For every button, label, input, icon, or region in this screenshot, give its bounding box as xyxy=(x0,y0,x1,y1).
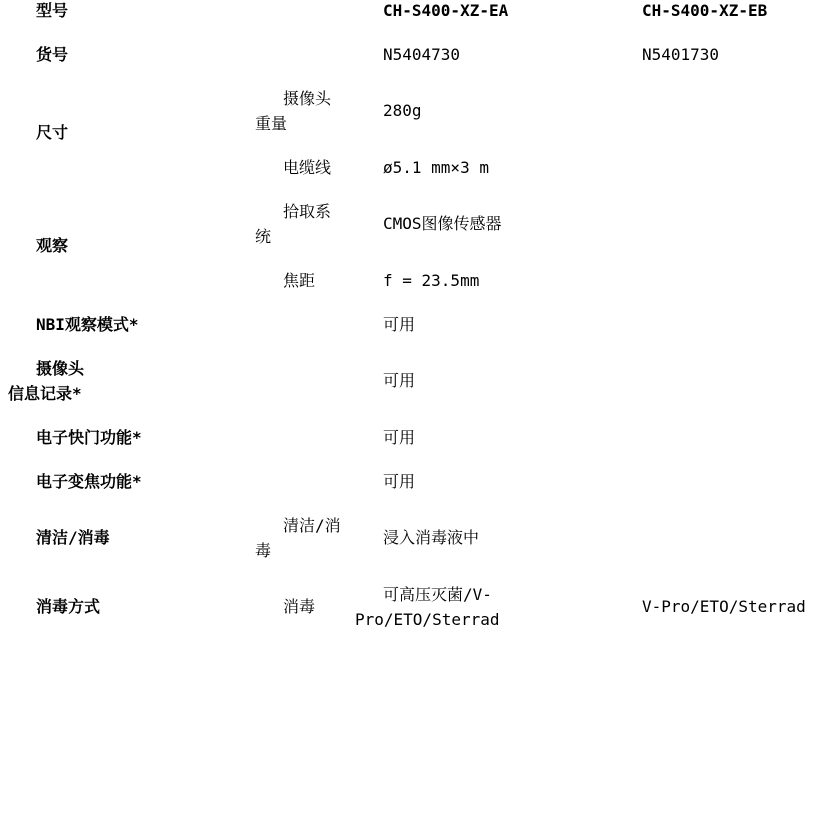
cell-empty xyxy=(253,0,355,32)
cell-weight-sublabel: 摄像头 重量 xyxy=(253,76,355,145)
row-header-label: 电子快门功能* xyxy=(8,425,253,450)
sub-label-line: 重量 xyxy=(255,111,355,136)
cell-item-number-label: 货号 xyxy=(0,32,253,76)
table-row-cleaning: 清洁/消毒 清洁/消 毒 浸入消毒液中 xyxy=(0,503,828,572)
model-ea-value: CH-S400-XZ-EA xyxy=(355,0,614,23)
table-row-sterilization: 消毒方式 消毒 可高压灭菌/V- Pro/ETO/Sterrad V-Pro/E… xyxy=(0,572,828,641)
spec-sheet: 型号 CH-S400-XZ-EA CH-S400-XZ-EB 货号 N54047… xyxy=(0,0,828,828)
sub-label-line: 清洁/消 xyxy=(255,513,355,538)
cable-ea-value: ø5.1 mm×3 m xyxy=(355,155,614,180)
cell-cleaning-sublabel: 清洁/消 毒 xyxy=(253,503,355,572)
cell-empty xyxy=(253,302,355,346)
cell-zoom-label: 电子变焦功能* xyxy=(0,459,253,503)
weight-ea-value: 280g xyxy=(355,98,614,123)
sub-label-line: 摄像头 xyxy=(255,86,355,111)
cell-empty xyxy=(614,415,828,459)
model-eb-value: CH-S400-XZ-EB xyxy=(614,0,828,23)
focal-ea-value: f = 23.5mm xyxy=(355,268,614,293)
cell-empty xyxy=(253,459,355,503)
table-row-weight: 尺寸 摄像头 重量 280g xyxy=(0,76,828,145)
row-header-line: 信息记录* xyxy=(8,381,253,406)
cell-focal-sublabel: 焦距 xyxy=(253,258,355,302)
cell-cable-sublabel: 电缆线 xyxy=(253,145,355,189)
table-row-model: 型号 CH-S400-XZ-EA CH-S400-XZ-EB xyxy=(0,0,828,32)
cell-model-ea: CH-S400-XZ-EA xyxy=(355,0,614,32)
table-row-item-number: 货号 N5404730 N5401730 xyxy=(0,32,828,76)
nbi-ea-value: 可用 xyxy=(355,312,614,337)
row-header-label: NBI观察模式* xyxy=(8,312,253,337)
row-header-label: 清洁/消毒 xyxy=(8,525,253,550)
cell-empty xyxy=(614,346,828,415)
table-row-info-recording: 摄像头 信息记录* 可用 xyxy=(0,346,828,415)
cell-model-label: 型号 xyxy=(0,0,253,32)
cleaning-ea-value: 浸入消毒液中 xyxy=(355,525,614,550)
sterilization-ea-line: 可高压灭菌/V- xyxy=(355,582,614,607)
row-header-label: 货号 xyxy=(8,42,253,67)
cell-empty xyxy=(614,503,828,572)
cell-empty xyxy=(614,302,828,346)
item-number-eb-value: N5401730 xyxy=(614,42,828,67)
row-header-line: 摄像头 xyxy=(8,356,253,381)
row-header-label: 消毒方式 xyxy=(8,594,253,619)
item-number-ea-value: N5404730 xyxy=(355,42,614,67)
cell-empty xyxy=(253,415,355,459)
cell-empty xyxy=(614,76,828,145)
cell-nbi-label: NBI观察模式* xyxy=(0,302,253,346)
cell-cleaning-ea: 浸入消毒液中 xyxy=(355,503,614,572)
cell-model-eb: CH-S400-XZ-EB xyxy=(614,0,828,32)
sterilization-ea-line: Pro/ETO/Sterrad xyxy=(355,607,614,632)
cell-empty xyxy=(614,189,828,258)
cell-pickup-sublabel: 拾取系 统 xyxy=(253,189,355,258)
cell-pickup-ea: CMOS图像传感器 xyxy=(355,189,614,258)
row-header-label: 尺寸 xyxy=(8,120,253,145)
cell-sterilization-label: 消毒方式 xyxy=(0,572,253,641)
cell-nbi-ea: 可用 xyxy=(355,302,614,346)
cell-cleaning-label: 清洁/消毒 xyxy=(0,503,253,572)
sub-label-line: 消毒 xyxy=(255,594,355,619)
sterilization-eb-value: V-Pro/ETO/Sterrad xyxy=(614,594,828,619)
info-recording-ea-value: 可用 xyxy=(355,368,614,393)
cell-sterilization-ea: 可高压灭菌/V- Pro/ETO/Sterrad xyxy=(355,572,614,641)
row-header-label: 电子变焦功能* xyxy=(8,469,253,494)
cell-empty xyxy=(253,32,355,76)
cell-shutter-ea: 可用 xyxy=(355,415,614,459)
cell-weight-ea: 280g xyxy=(355,76,614,145)
cell-item-number-eb: N5401730 xyxy=(614,32,828,76)
sub-label-line: 毒 xyxy=(255,538,355,563)
cell-empty xyxy=(253,346,355,415)
cell-observation-label: 观察 xyxy=(0,189,253,302)
cell-shutter-label: 电子快门功能* xyxy=(0,415,253,459)
sub-label-line: 统 xyxy=(255,224,355,249)
row-header-label: 观察 xyxy=(8,233,253,258)
cell-info-recording-label: 摄像头 信息记录* xyxy=(0,346,253,415)
row-header-label: 型号 xyxy=(8,0,253,23)
cell-cable-ea: ø5.1 mm×3 m xyxy=(355,145,614,189)
zoom-ea-value: 可用 xyxy=(355,469,614,494)
cell-info-recording-ea: 可用 xyxy=(355,346,614,415)
cell-item-number-ea: N5404730 xyxy=(355,32,614,76)
table-row-pickup-system: 观察 拾取系 统 CMOS图像传感器 xyxy=(0,189,828,258)
sub-label-line: 焦距 xyxy=(255,268,355,293)
cell-sterilization-sublabel: 消毒 xyxy=(253,572,355,641)
cell-dimensions-label: 尺寸 xyxy=(0,76,253,189)
cell-empty xyxy=(614,145,828,189)
shutter-ea-value: 可用 xyxy=(355,425,614,450)
table-row-electronic-shutter: 电子快门功能* 可用 xyxy=(0,415,828,459)
cell-empty xyxy=(614,258,828,302)
cell-focal-ea: f = 23.5mm xyxy=(355,258,614,302)
pickup-ea-value: CMOS图像传感器 xyxy=(355,211,614,236)
sub-label-line: 电缆线 xyxy=(255,155,355,180)
cell-sterilization-eb: V-Pro/ETO/Sterrad xyxy=(614,572,828,641)
spec-table: 型号 CH-S400-XZ-EA CH-S400-XZ-EB 货号 N54047… xyxy=(0,0,828,641)
table-row-nbi-mode: NBI观察模式* 可用 xyxy=(0,302,828,346)
sub-label-line: 拾取系 xyxy=(255,199,355,224)
cell-zoom-ea: 可用 xyxy=(355,459,614,503)
table-row-electronic-zoom: 电子变焦功能* 可用 xyxy=(0,459,828,503)
cell-empty xyxy=(614,459,828,503)
